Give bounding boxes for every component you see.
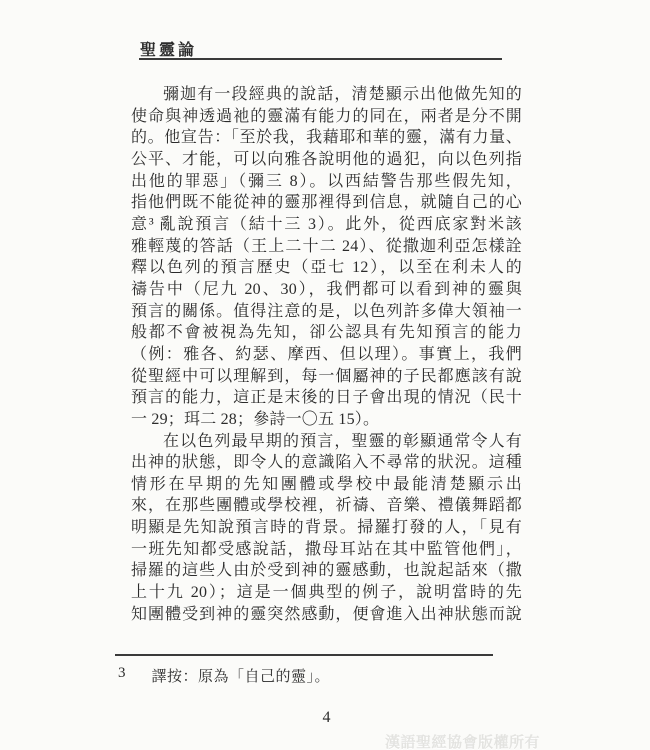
text-line: 指他們既不能從神的靈那裡得到信息，就隨自己的心 <box>131 192 522 214</box>
text-line: 般都不會被視為先知，卻公認具有先知預言的能力 <box>131 322 522 344</box>
text-line: 彌迦有一段經典的說話，清楚顯示出他做先知的 <box>131 84 522 106</box>
text-line: 預言的關係。值得注意的是，以色列許多偉大領袖一 <box>131 301 522 323</box>
paragraph-1: 彌迦有一段經典的說話，清楚顯示出他做先知的 使命與神透過祂的靈滿有能力的同在，兩… <box>131 84 522 431</box>
text-line: 知團體受到神的靈突然感動，便會進入出神狀態而說 <box>131 604 522 626</box>
page-number: 4 <box>131 709 522 727</box>
body-text: 彌迦有一段經典的說話，清楚顯示出他做先知的 使命與神透過祂的靈滿有能力的同在，兩… <box>131 84 522 625</box>
text-line: 情形在早期的先知團體或學校中最能清楚顯示出 <box>131 474 522 496</box>
text-line: 公平、才能，可以向雅各說明他的過犯，向以色列指 <box>131 149 522 171</box>
text-line: 來，在那些團體或學校裡，祈禱、音樂、禮儀舞蹈都 <box>131 495 522 517</box>
running-header-title: 聖靈論 <box>140 37 197 60</box>
text-line: 一 29；珥二 28；參詩一〇五 15）。 <box>131 409 522 431</box>
text-line: 的。他宣告：「至於我，我藉耶和華的靈，滿有力量、 <box>131 127 522 149</box>
text-line: 明顯是先知說預言時的背景。掃羅打發的人，「見有 <box>131 517 522 539</box>
footnote-text: 譯按：原為「自己的靈」。 <box>152 665 331 686</box>
header-rule <box>139 58 502 60</box>
text-line: 禱告中（尼九 20、30），我們都可以看到神的靈與 <box>131 279 522 301</box>
copyright-watermark: 漢語聖經協會版權所有 <box>385 731 540 750</box>
text-line: 從聖經中可以理解到，每一個屬神的子民都應該有說 <box>131 366 522 388</box>
text-line: 出神的狀態，即令人的意識陷入不尋常的狀況。這種 <box>131 452 522 474</box>
text-line: 上十九 20）；這是一個典型的例子，說明當時的先 <box>131 582 522 604</box>
text-line: 掃羅的這些人由於受到神的靈感動，也說起話來（撒 <box>131 560 522 582</box>
text-line: 預言的能力，這正是末後的日子會出現的情況（民十 <box>131 387 522 409</box>
text-line: 出他的罪惡」（彌三 8）。以西結警告那些假先知， <box>131 171 522 193</box>
text-line: 意³ 亂說預言（結十三 3）。此外，從西底家對米該 <box>131 214 522 236</box>
footnote: 3 譯按：原為「自己的靈」。 <box>118 665 518 686</box>
text-line: 使命與神透過祂的靈滿有能力的同在，兩者是分不開 <box>131 106 522 128</box>
paragraph-2: 在以色列最早期的預言，聖靈的彰顯通常令人有 出神的狀態，即令人的意識陷入不尋常的… <box>131 431 522 626</box>
book-page: 聖靈論 彌迦有一段經典的說話，清楚顯示出他做先知的 使命與神透過祂的靈滿有能力的… <box>0 0 650 750</box>
text-line: 在以色列最早期的預言，聖靈的彰顯通常令人有 <box>131 431 522 453</box>
text-line: 釋以色列的預言歷史（亞七 12），以至在利未人的 <box>131 257 522 279</box>
text-line: （例：雅各、約瑟、摩西、但以理）。事實上，我們 <box>131 344 522 366</box>
text-line: 一班先知都受感說話，撒母耳站在其中監管他們」， <box>131 539 522 561</box>
footnote-number: 3 <box>118 665 126 682</box>
footnote-rule <box>115 654 493 656</box>
text-line: 雅輕蔑的答話（王上二十二 24）、從撒迦利亞怎樣詮 <box>131 236 522 258</box>
